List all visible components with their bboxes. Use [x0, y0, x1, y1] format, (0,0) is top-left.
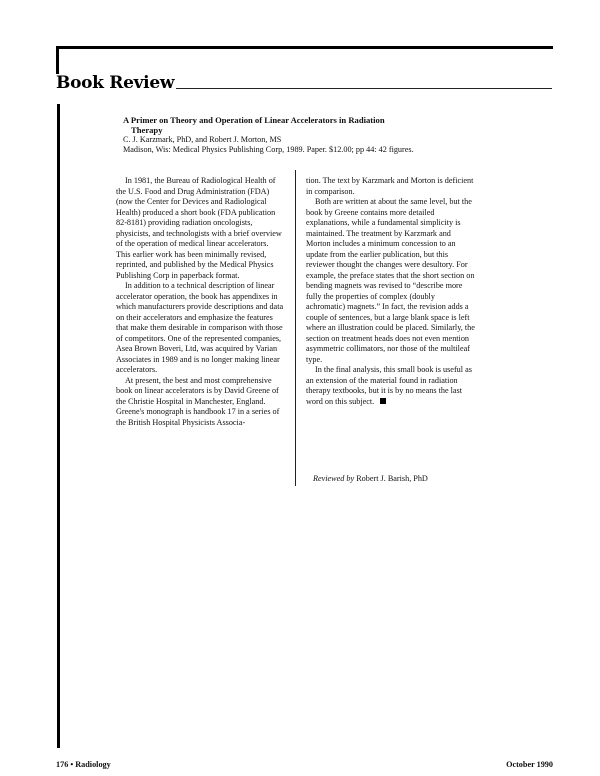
book-title: A Primer on Theory and Operation of Line…	[123, 116, 483, 135]
paragraph: At present, the best and most comprehens…	[116, 376, 284, 429]
book-title-line-1: A Primer on Theory and Operation of Line…	[123, 115, 385, 125]
paragraph: In addition to a technical description o…	[116, 281, 284, 376]
book-authors: C. J. Karzmark, PhD, and Robert J. Morto…	[123, 135, 483, 145]
book-publication-info: Madison, Wis: Medical Physics Publishing…	[123, 145, 483, 155]
reviewer-name: Robert J. Barish, PhD	[356, 474, 428, 483]
left-rule-top	[56, 46, 59, 74]
end-of-article-square-icon	[380, 398, 386, 404]
paragraph: Both are written at about the same level…	[306, 197, 476, 365]
footer-page-journal: 176 • Radiology	[56, 760, 111, 769]
column-divider	[295, 170, 296, 486]
paragraph: In 1981, the Bureau of Radiological Heal…	[116, 176, 284, 281]
left-text-column: In 1981, the Bureau of Radiological Heal…	[116, 176, 284, 428]
book-title-line-2: Therapy	[123, 126, 483, 136]
right-text-column: tion. The text by Karzmark and Morton is…	[306, 176, 476, 407]
reviewer-label: Reviewed by	[313, 474, 354, 483]
title-underline	[176, 88, 552, 89]
reviewer-credit: Reviewed by Robert J. Barish, PhD	[313, 474, 428, 484]
section-title: Book Review	[56, 73, 174, 93]
paragraph-final: In the final analysis, this small book i…	[306, 365, 476, 407]
paragraph: tion. The text by Karzmark and Morton is…	[306, 176, 476, 197]
book-citation: A Primer on Theory and Operation of Line…	[123, 116, 483, 154]
top-rule	[56, 46, 553, 49]
footer-date: October 1990	[506, 760, 553, 769]
left-margin-rule	[57, 104, 60, 748]
paragraph-text: In the final analysis, this small book i…	[306, 365, 472, 406]
